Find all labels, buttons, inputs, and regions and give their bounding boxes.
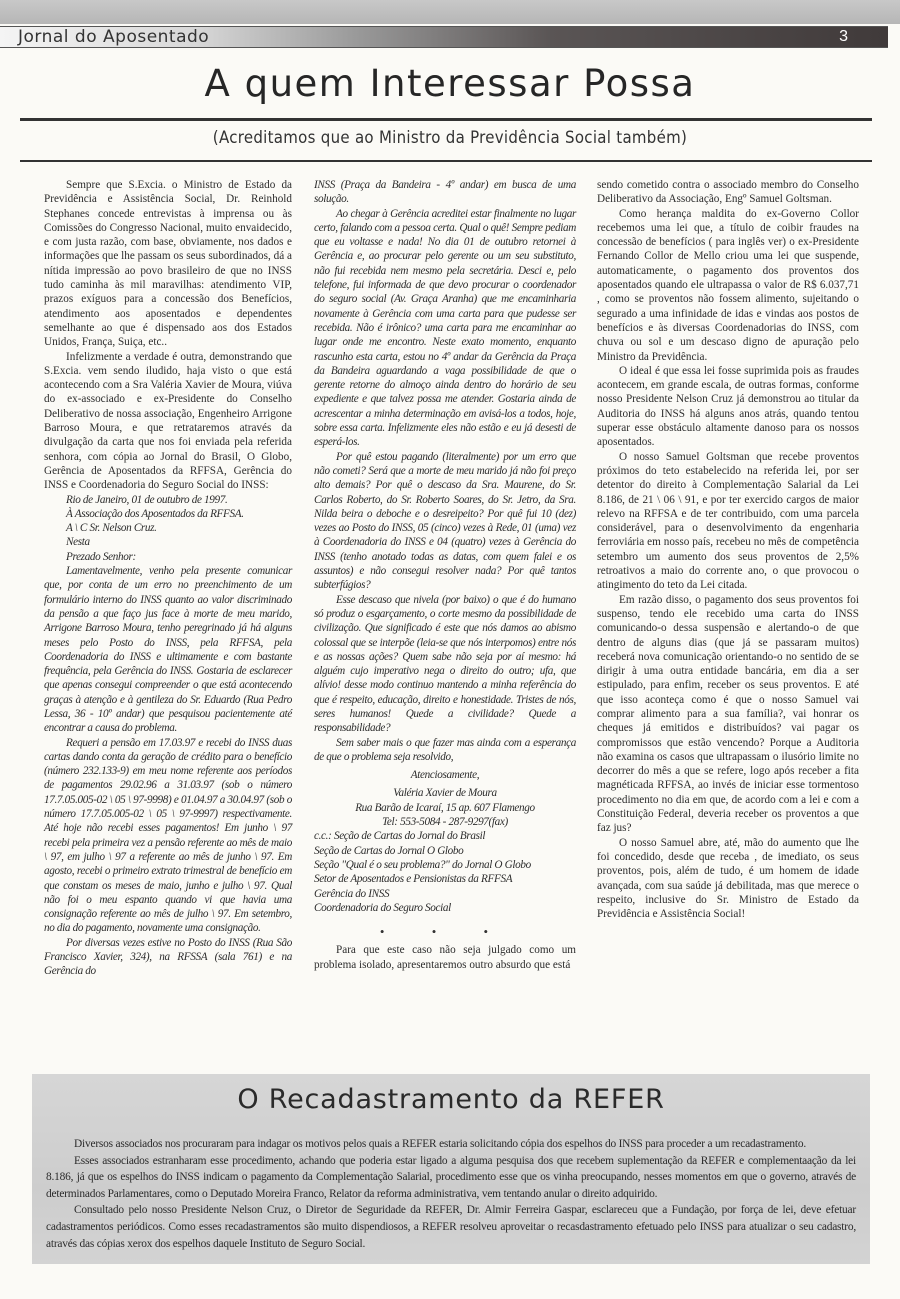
masthead-bar: Jornal do Aposentado 3 bbox=[0, 26, 888, 48]
signature-name: Valéria Xavier de Moura bbox=[314, 786, 576, 800]
letter-body: Rio de Janeiro, 01 de outubro de 1997. À… bbox=[44, 493, 292, 979]
article-headline: A quem Interessar Possa bbox=[0, 62, 900, 105]
signature-address: Rua Barão de Icaraí, 15 ap. 607 Flamengo bbox=[314, 801, 576, 815]
article-subtitle: (Acreditamos que ao Ministro da Previdên… bbox=[9, 128, 891, 148]
paragraph: INSS (Praça da Bandeira - 4º andar) em b… bbox=[314, 178, 576, 207]
letter-closing: Atenciosamente, bbox=[314, 768, 576, 782]
cc-item: Seção de Cartas do Jornal O Globo bbox=[314, 844, 576, 858]
section-separator-dots: • • • bbox=[314, 925, 576, 939]
paragraph: Sempre que S.Excia. o Ministro de Estado… bbox=[44, 178, 292, 350]
publication-name: Jornal do Aposentado bbox=[18, 27, 209, 47]
letter-local: Nesta bbox=[44, 535, 292, 549]
paragraph: O nosso Samuel Goltsman que recebe prove… bbox=[597, 450, 859, 593]
paragraph: Esses associados estranharam esse proced… bbox=[46, 1153, 856, 1203]
cc-list: c.c.: Seção de Cartas do Jornal do Brasi… bbox=[314, 829, 576, 915]
paragraph: O nosso Samuel abre, até, mão do aumento… bbox=[597, 836, 859, 922]
cc-item: c.c.: Seção de Cartas do Jornal do Brasi… bbox=[314, 829, 576, 843]
cc-item: Setor de Aposentados e Pensionistas da R… bbox=[314, 872, 576, 886]
paragraph: Diversos associados nos procuraram para … bbox=[46, 1136, 856, 1153]
refer-article-panel: O Recadastramento da REFER Diversos asso… bbox=[32, 1074, 870, 1264]
paragraph: sendo cometido contra o associado membro… bbox=[597, 178, 859, 207]
signature-phone: Tel: 553-5084 - 287-9297(fax) bbox=[314, 815, 576, 829]
paragraph: Ao chegar à Gerência acreditei estar fin… bbox=[314, 207, 576, 450]
paragraph: Consultado pelo nosso Presidente Nelson … bbox=[46, 1202, 856, 1252]
paragraph: Esse descaso que nivela (por baixo) o qu… bbox=[314, 593, 576, 736]
article-column-2: INSS (Praça da Bandeira - 4º andar) em b… bbox=[314, 178, 576, 972]
refer-article-body: Diversos associados nos procuraram para … bbox=[46, 1136, 856, 1252]
letter-date: Rio de Janeiro, 01 de outubro de 1997. bbox=[44, 493, 292, 507]
headline-rule-top bbox=[20, 118, 872, 121]
paragraph: O ideal é que essa lei fosse suprimida p… bbox=[597, 364, 859, 450]
paragraph: Por diversas vezes estive no Posto do IN… bbox=[44, 936, 292, 979]
paragraph: Por quê estou pagando (literalmente) por… bbox=[314, 450, 576, 593]
letter-recipient: À Associação dos Aposentados da RFFSA. bbox=[44, 507, 292, 521]
cc-item: Seção "Qual é o seu problema?" do Jornal… bbox=[314, 858, 576, 872]
letter-salutation: Prezado Senhor: bbox=[44, 550, 292, 564]
top-grey-band bbox=[0, 0, 900, 24]
page-number: 3 bbox=[839, 27, 848, 47]
paragraph: Em razão disso, o pagamento dos seus pro… bbox=[597, 593, 859, 836]
letter-attention: A \ C Sr. Nelson Cruz. bbox=[44, 521, 292, 535]
paragraph: Como herança maldita do ex-Governo Collo… bbox=[597, 207, 859, 364]
cc-item: Coordenadoria do Seguro Social bbox=[314, 901, 576, 915]
article-column-3: sendo cometido contra o associado membro… bbox=[597, 178, 859, 921]
article-column-1: Sempre que S.Excia. o Ministro de Estado… bbox=[44, 178, 292, 979]
paragraph: Para que este caso não seja julgado como… bbox=[314, 943, 576, 972]
cc-item: Gerência do INSS bbox=[314, 887, 576, 901]
headline-rule-bottom bbox=[20, 160, 872, 162]
paragraph: Infelizmente a verdade é outra, demonstr… bbox=[44, 350, 292, 493]
paragraph: Lamentavelmente, venho pela presente com… bbox=[44, 564, 292, 736]
paragraph: Sem saber mais o que fazer mas ainda com… bbox=[314, 736, 576, 765]
paragraph: Requeri a pensão em 17.03.97 e recebi do… bbox=[44, 736, 292, 936]
refer-article-headline: O Recadastramento da REFER bbox=[32, 1084, 870, 1115]
